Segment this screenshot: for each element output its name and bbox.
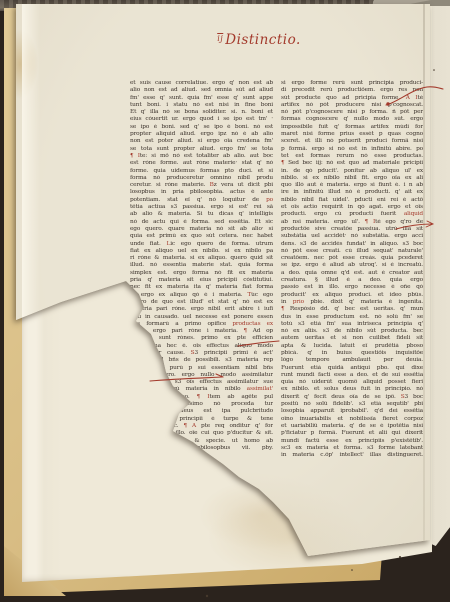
text-line: ex nibilo. et solus deus fuit in princip… <box>281 386 423 393</box>
text-line: runt mundi facti esse a deo. et de sui e… <box>281 372 423 379</box>
text-line: fm' esse q' sunt. quia fm' esse q' sunt … <box>130 95 273 102</box>
text-line: assimilatur cause. S3 principii primi é … <box>130 350 273 357</box>
text-line: maret nisi forme prius essét p quas cogn… <box>281 131 423 138</box>
text-line: est róne forme. aut róne materie· stat q… <box>130 160 273 167</box>
text-line: ab nsi materia. ergo ul'. ¶ Ité ego q'ro… <box>281 219 423 226</box>
text-line: cause. ergo cú materia in nibilo assimil… <box>130 386 273 393</box>
text-line: autem ueritas et si non cuilibet fideli … <box>281 335 423 342</box>
text-line: nó ex aliis. s3 de nibilo sút producta. … <box>281 328 423 335</box>
text-line: formas cognoscere q' nullo modo sút. erg… <box>281 116 423 123</box>
text-line: fiat ex aliquo uel ex nibilo. si ex nibi… <box>130 248 273 255</box>
text-line: dens. s3 de accidés fundat' in aliquo. s… <box>281 241 423 248</box>
text-line: p'ficiatur p formã. Fuerunt et alii qui … <box>281 430 423 437</box>
text-line: sút producte quo ad pricipia forme. A It… <box>281 95 423 102</box>
text-line: nibilo. ergo pari róne i materia. ¶ Ad o… <box>130 328 273 335</box>
text-line: in materia c.õp' intellect' illas distin… <box>281 452 423 459</box>
text-line: illud. nó essentia materie stat. quia fo… <box>130 262 273 269</box>
text-line: se tota sunt propter aliud. ergo fm' se … <box>130 146 273 153</box>
text-line: pria q' materia sit eius pricipii cóstit… <box>130 277 273 284</box>
text-line: ¶ Respósio dd. q' bec est ueritas. q' mu… <box>281 306 423 313</box>
text-line: a deo. quia omne q'd est. aut é creator … <box>281 270 423 277</box>
text-line: quero de quo est illud' et stat q' nó es… <box>130 299 273 306</box>
text-line: purus nibil bñs de possibili. s3 materia… <box>130 357 273 364</box>
text-line: nó pót esse creati. cú illud sequat' nat… <box>281 248 423 255</box>
text-line: cberrimo lantiosissimo nó proceda tur <box>130 401 273 408</box>
text-line: si ergo forme rerú sunt principia produc… <box>281 80 423 87</box>
text-line: ire in infinitú illud nó é producti. q' … <box>281 189 423 196</box>
text-line: passio est in illo. ergo necesse é oñe q… <box>281 284 423 291</box>
text-line: pbicá. q' in buius questiõis inquisitõe <box>281 350 423 357</box>
text-line: nec est ab ipso. ¶ Item ab agẽte pul <box>130 394 273 401</box>
text-line: potentiam. stat eĩ q' nó loquitur de po <box>130 197 273 204</box>
text-line: ugnat esse purú p sui essentiam nibil bñ… <box>130 365 273 372</box>
text-line: p formã. ergo si nó est in infinitú abir… <box>281 146 423 153</box>
text-line: ¶ Ite: si mõ nó est totaliter ab alio. a… <box>130 153 273 160</box>
text-line: brosú ergo &c. ¶ A pte req onditur q' fo… <box>130 423 273 430</box>
text-line: ¶ Sed bec iij: nó est quo ad materiale p… <box>281 160 423 167</box>
text-line: nó de actu qui é forma. sed essẽtia. Et … <box>130 219 273 226</box>
text-column-left: et suis cause correlatiue. ergo q' non e… <box>130 80 273 452</box>
text-line: in. de qó pducit'. ponitur ab aliquo ul'… <box>281 168 423 175</box>
text-line: non est poter aliud. si ergo oĩa credena… <box>130 138 273 145</box>
text-line: fit ergo ex aliquo qó é i materia. Túc e… <box>130 292 273 299</box>
text-line: quo illó aut é materia. ergo si fiunt é.… <box>281 182 423 189</box>
text-line: alio non est ad aliud. sed omnia sút ad … <box>130 87 273 94</box>
text-line: et materiale principii é turpe & tene <box>130 416 273 423</box>
text-line: ego quero. quare materia nó sit ab alio·… <box>130 226 273 233</box>
text-line: oĩno inuariabilis et nobilissĩa fieret c… <box>281 416 423 423</box>
text-line: artifex nó pót producere nisi p'cognosca… <box>281 102 423 109</box>
text-line: forme. quia uidemus formas pto duci. et … <box>130 168 273 175</box>
text-line: ri róne & materia. si ex aliquo. quero q… <box>130 255 273 262</box>
heading-numeral: ij <box>217 34 223 43</box>
text-line: tẽtia actiua s3 passiua. ergo si est' re… <box>130 204 273 211</box>
text-line: dixerit q' fecit deus oĩa de se ipõ. S3 … <box>281 394 423 401</box>
text-line: lógo tempore ambulauit per deuia. <box>281 357 423 364</box>
text-line: positam sunt rónes. primo ex pte efficie… <box>130 335 273 342</box>
text-line: ma p'ducit ab illo. oĩe cui quo p'ducitu… <box>130 430 273 437</box>
text-line: et uariabiliũ materia. q' de se é ipotẽt… <box>281 423 423 430</box>
text-line: eius cóuertit ur. ergo quod i se ipo est… <box>130 116 273 123</box>
text-line: et oĩs actio requirit in qó agat. ergo e… <box>281 204 423 211</box>
text-line: unde fiat. Lic ego quero de forma. utrum <box>130 241 273 248</box>
text-line: cause prime. s3 oĩs effectus assimilatur… <box>130 379 273 386</box>
text-line: ab alio & materia. Si tu dicas q' intell… <box>130 211 273 218</box>
text-line: producit' ex aliquo produci. et ideo pbũ… <box>281 292 423 299</box>
text-line: productõe sive creatõe passiua. utrú ill… <box>281 226 423 233</box>
text-line: tet est formas rerum nó esse productas. <box>281 153 423 160</box>
text-line: creatura. § illud é a deo. quia ergo <box>281 277 423 284</box>
text-line: tias formarú a primo opifice productas e… <box>130 321 273 328</box>
text-line: sc3 ex materia et forma. s3 forme lateba… <box>281 445 423 452</box>
text-line: nó pót p'cognoscere nisi p forma. ñ pót … <box>281 109 423 116</box>
text-line: impossibile fuit q' formas artifex múdi … <box>281 124 423 131</box>
text-line: apta & lucida. latuit eĩ prudẽtiá pboso <box>281 343 423 350</box>
text-line: nec fit ex materia ita q' materia fiat f… <box>130 284 273 291</box>
text-line: et suis cause correlatiue. ergo q' non e… <box>130 80 273 87</box>
text-line: positũ nó solũ fidelib'. s3 etiá sequtib… <box>281 401 423 408</box>
text-line: nibilo. si ex nibilo nibil fit. ergo oĩa… <box>281 175 423 182</box>
text-line: sceret. et illi nó potuerĩt produci form… <box>281 138 423 145</box>
text-line: mundi factũ esse ex principiis p'existẽt… <box>281 438 423 445</box>
text-line: losopbia apparuit iprobabil'. q'd dei es… <box>281 408 423 415</box>
manuscript-page: ijDistinctio. et suis cause correlatiue.… <box>16 4 430 578</box>
text-line: creatõem. nec pót esse creás. quia pcede… <box>281 255 423 262</box>
text-column-right: si ergo forme rerú sunt principia produc… <box>281 80 423 459</box>
text-line: in prío pbie. dixit q' materia é ingenit… <box>281 299 423 306</box>
text-line: propter aliquid aliud. ergo ipz nó é ab … <box>130 131 273 138</box>
text-line: producti. ergo cú producti fuerit aliqui… <box>281 211 423 218</box>
text-line: boĩe. ut dicit pbilosopbus vii. pby. <box>130 445 273 452</box>
text-line: Et q' illa nó se bona soliditer. si. n. … <box>130 109 273 116</box>
text-line: dus in esse productum est. nó solú fm' s… <box>281 314 423 321</box>
text-line: di precedit rerú productiõem. ergo res n… <box>281 87 423 94</box>
text-line: quia est primú ex quo sút cetera. nec ha… <box>130 233 273 240</box>
text-line: se ipz. ergo é aliud ab utroq'. si é inc… <box>281 262 423 269</box>
text-line: substátia uel accidét· nó substátia. erg… <box>281 233 423 240</box>
text-line: losopbus in pria pbilosopbia. actus é an… <box>130 189 273 196</box>
text-line: nitú in causado. uel necesse est ponere … <box>130 314 273 321</box>
text-line: tunt boni. i statu nó est nisi in fine b… <box>130 102 273 109</box>
text-line: simplex est. ergo forma nó fit ex materi… <box>130 270 273 277</box>
text-line: forma nó produceretur omnino nibil produ <box>130 175 273 182</box>
text-line: nibilo nibil fiat uidel'. pducti eni rei… <box>281 197 423 204</box>
heading-text: Distinctio. <box>225 32 301 48</box>
page-heading: ijDistinctio. <box>194 32 324 48</box>
text-line: de actu puro. ergo nullo modo assimilatu… <box>130 372 273 379</box>
text-line: Fuerunt etiá quidá antiqui pbo. qui dixe <box>281 365 423 372</box>
manuscript-page-wrap: ijDistinctio. et suis cause correlatiue.… <box>0 0 450 602</box>
text-line: pissimú. s3 deus est ipa pulcbritudo <box>130 408 273 415</box>
text-line: se ipo é boni. sed q' se ipo é boni. nó … <box>130 124 273 131</box>
text-line: materia pari róne. ergo nibil erit abire… <box>130 306 273 313</box>
text-line: ceretur. si róne materie. Bz vera ut dic… <box>130 182 273 189</box>
text-line: oĩe simile i nõie & specie. ut homo ab <box>130 438 273 445</box>
text-line: tis. Prima hec é. oĩs effectus aliquo mo… <box>130 343 273 350</box>
text-line: totú s3 etiá fm' sua intriseca principia… <box>281 321 423 328</box>
text-line: quia nó uiderút quomõ aliquid posset fie… <box>281 379 423 386</box>
